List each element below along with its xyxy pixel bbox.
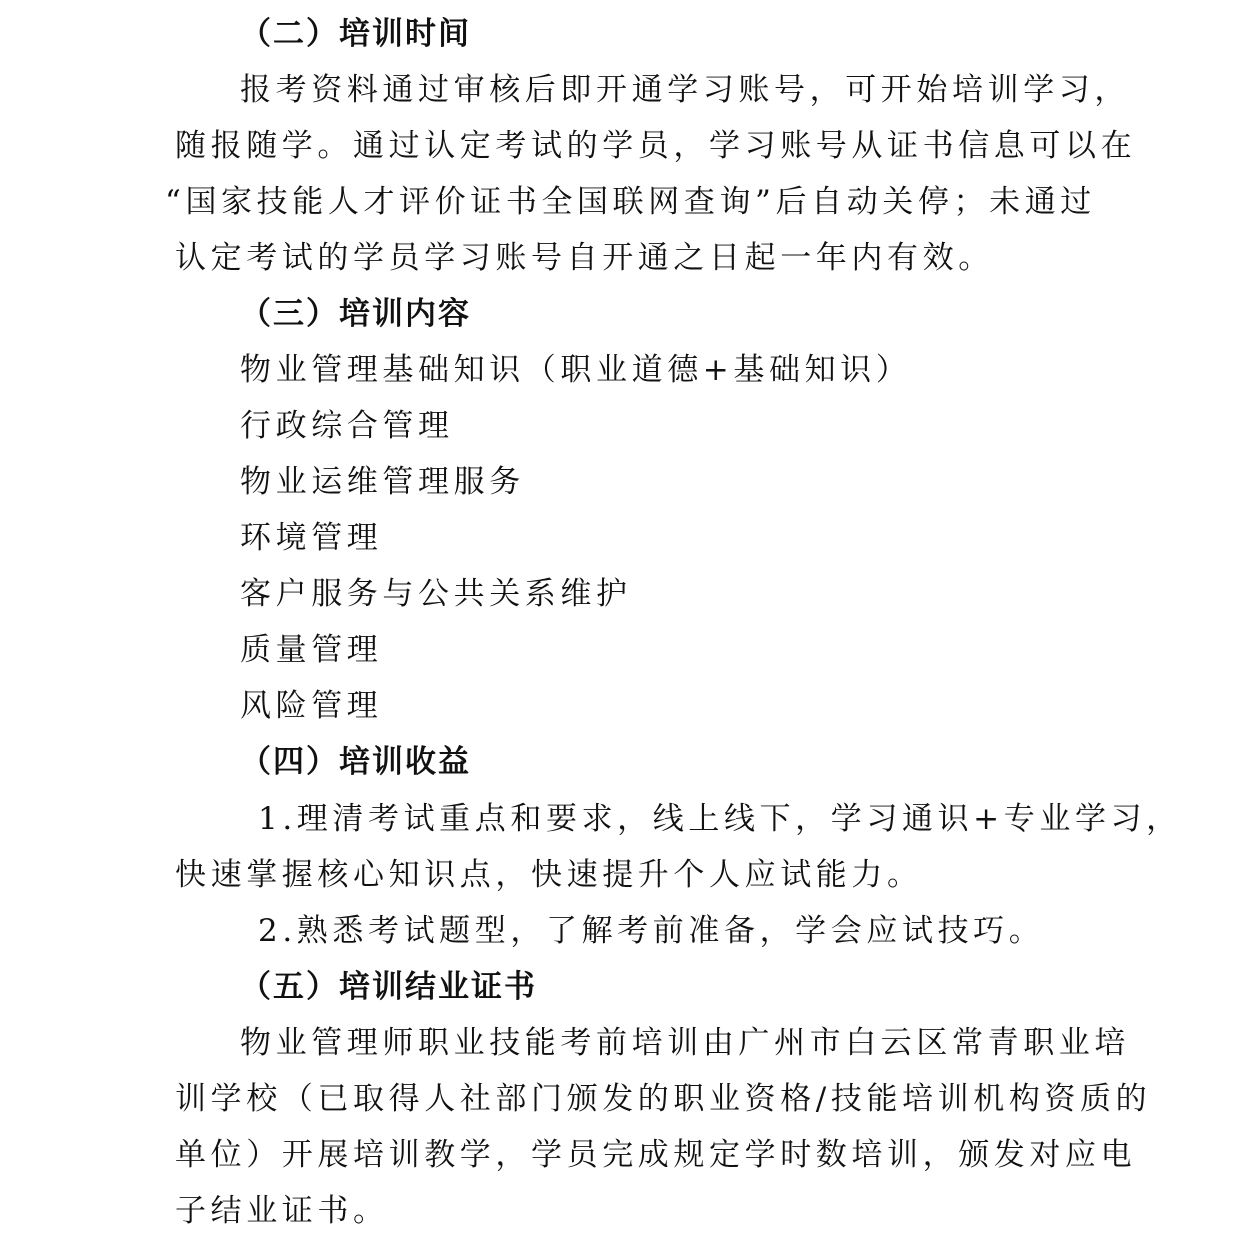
list-item: 质量管理	[240, 630, 1140, 670]
paragraph-line: 物业管理师职业技能考前培训由广州市白云区常青职业培	[240, 1023, 1140, 1063]
paragraph-line: “国家技能人才评价证书全国联网查询”后自动关停；未通过	[165, 182, 1065, 222]
list-item: 环境管理	[240, 518, 1140, 558]
section-heading-training-content: （三）培训内容	[240, 294, 1140, 334]
paragraph-line: 认定考试的学员学习账号自开通之日起一年内有效。	[175, 238, 1075, 278]
section-heading-training-time: （二）培训时间	[240, 14, 1140, 54]
paragraph-line: 2.熟悉考试题型，了解考前准备，学会应试技巧。	[258, 911, 1158, 951]
paragraph-line: 单位）开展培训教学，学员完成规定学时数培训，颁发对应电	[175, 1135, 1075, 1175]
list-item: 物业管理基础知识（职业道德+基础知识）	[240, 350, 1140, 390]
paragraph-line: 1.理清考试重点和要求，线上线下，学习通识+专业学习，	[258, 799, 1158, 839]
list-item: 行政综合管理	[240, 406, 1140, 446]
section-heading-certificate: （五）培训结业证书	[240, 967, 1140, 1007]
list-item: 客户服务与公共关系维护	[240, 574, 1140, 614]
paragraph-line: 子结业证书。	[175, 1191, 1075, 1231]
list-item: 物业运维管理服务	[240, 462, 1140, 502]
paragraph-line: 训学校（已取得人社部门颁发的职业资格/技能培训机构资质的	[175, 1079, 1075, 1119]
paragraph-line: 报考资料通过审核后即开通学习账号，可开始培训学习，	[240, 70, 1140, 110]
list-item: 风险管理	[240, 686, 1140, 726]
paragraph-line: 随报随学。通过认定考试的学员，学习账号从证书信息可以在	[175, 126, 1075, 166]
paragraph-line: 快速掌握核心知识点，快速提升个人应试能力。	[175, 855, 1075, 895]
section-heading-training-benefits: （四）培训收益	[240, 742, 1140, 782]
